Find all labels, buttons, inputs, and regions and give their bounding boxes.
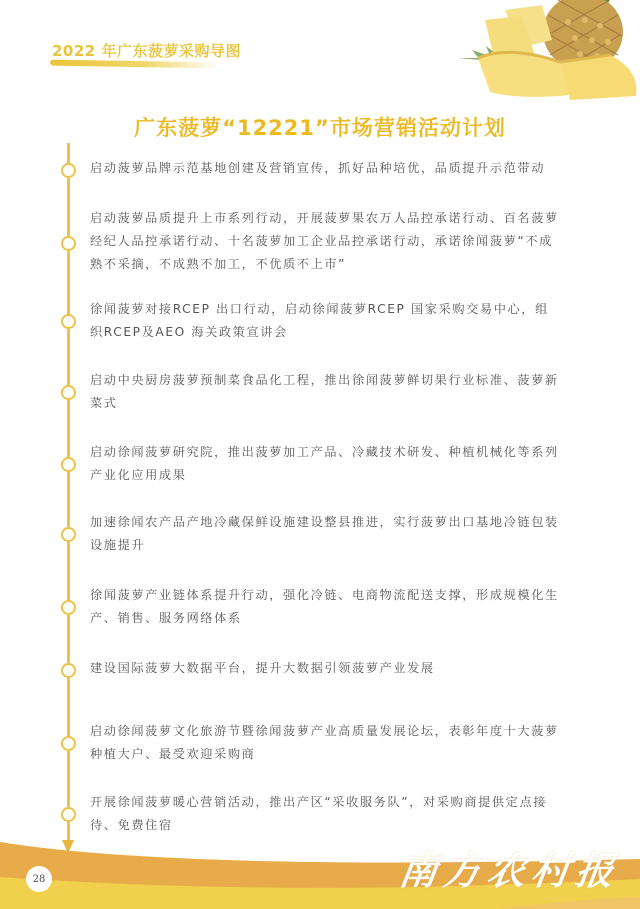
timeline-item-text: 启动菠萝品质提升上市系列行动，开展菠萝果农万人品控承诺行动、百名菠萝经纪人品控承… xyxy=(90,207,560,276)
timeline-dot-icon xyxy=(61,600,76,615)
timeline-item-text: 加速徐闻农产品产地冷藏保鲜设施建设整县推进，实行菠萝出口基地冷链包装设施提升 xyxy=(90,511,560,557)
timeline-item-text: 徐闻菠萝对接RCEP 出口行动，启动徐闻菠萝RCEP 国家采购交易中心，组织RC… xyxy=(90,298,560,344)
timeline-dot-icon xyxy=(61,163,76,178)
timeline-item-text: 启动菠萝品牌示范基地创建及营销宣传，抓好品种培优，品质提升示范带动 xyxy=(90,157,560,180)
timeline-item-text: 启动徐闻菠萝文化旅游节暨徐闻菠萝产业高质量发展论坛，表彰年度十大菠萝种植大户、最… xyxy=(90,720,560,766)
timeline-item-text: 建设国际菠萝大数据平台，提升大数据引领菠萝产业发展 xyxy=(90,657,560,680)
pineapple-image xyxy=(450,0,640,110)
timeline-dot-icon xyxy=(61,385,76,400)
timeline-item-text: 启动中央厨房菠萝预制菜食品化工程，推出徐闻菠萝鲜切果行业标准、菠萝新菜式 xyxy=(90,369,560,415)
timeline-dot-icon xyxy=(61,314,76,329)
page-title: 广东菠萝“12221”市场营销活动计划 xyxy=(0,112,640,142)
timeline-dot-icon xyxy=(61,236,76,251)
timeline-item-text: 徐闻菠萝产业链体系提升行动，强化冷链、电商物流配送支撑，形成规模化生产、销售、服… xyxy=(90,584,560,630)
timeline-dot-icon xyxy=(61,736,76,751)
page-number: 28 xyxy=(26,866,52,892)
header-title: 2022 年广东菠萝采购导图 xyxy=(52,40,241,61)
timeline-dot-icon xyxy=(61,663,76,678)
brand-logo: 南方农村报 xyxy=(396,840,624,895)
timeline-dot-icon xyxy=(61,527,76,542)
timeline-dot-icon xyxy=(61,457,76,472)
timeline-item-text: 启动徐闻菠萝研究院，推出菠萝加工产品、冷藏技术研发、种植机械化等系列产业化应用成… xyxy=(90,441,560,487)
